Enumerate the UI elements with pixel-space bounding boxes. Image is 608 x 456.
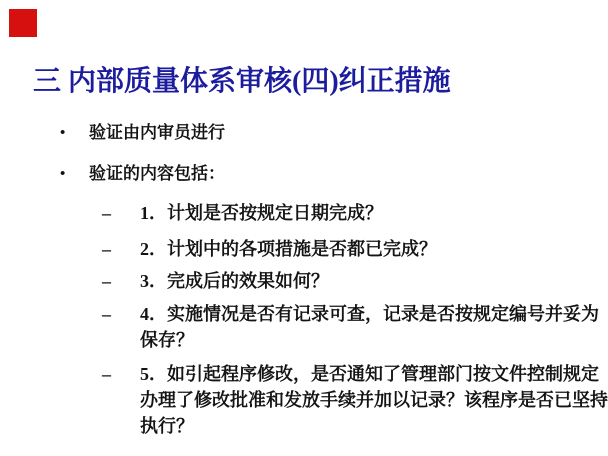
slide-accent-square: [9, 9, 37, 37]
dash-icon: –: [102, 236, 111, 262]
sub-item-line: 1．计划是否按规定日期完成？: [140, 200, 590, 226]
bullet-text: 验证由内审员进行: [89, 120, 225, 146]
sub-item-text: 4．实施情况是否有记录可查，记录是否按规定编号并妥为 保存？: [140, 301, 590, 353]
presentation-slide: 三 内部质量体系审核(四)纠正措施 • 验证由内审员进行 • 验证的内容包括： …: [0, 0, 608, 456]
sub-item-text: 1．计划是否按规定日期完成？: [140, 200, 590, 226]
sub-item-line: 执行？: [140, 413, 590, 439]
slide-title: 三 内部质量体系审核(四)纠正措施: [33, 62, 451, 102]
sub-item-line: 4．实施情况是否有记录可查，记录是否按规定编号并妥为: [140, 301, 590, 327]
dash-icon: –: [102, 301, 111, 327]
sub-item-text: 2．计划中的各项措施是否都已完成？: [140, 236, 590, 262]
dash-icon: –: [102, 361, 111, 387]
bullet-dot-icon: •: [60, 120, 65, 146]
dash-icon: –: [102, 200, 111, 226]
dash-icon: –: [102, 268, 111, 294]
sub-item-line: 办理了修改批准和发放手续并加以记录？该程序是否已坚持: [140, 387, 590, 413]
sub-item-line: 3．完成后的效果如何？: [140, 268, 590, 294]
bullet-dot-icon: •: [60, 161, 65, 187]
sub-item-line: 5．如引起程序修改，是否通知了管理部门按文件控制规定: [140, 361, 590, 387]
bullet-text: 验证的内容包括：: [89, 161, 225, 187]
sub-item-text: 5．如引起程序修改，是否通知了管理部门按文件控制规定 办理了修改批准和发放手续并…: [140, 361, 590, 439]
sub-item-line: 2．计划中的各项措施是否都已完成？: [140, 236, 590, 262]
sub-item-text: 3．完成后的效果如何？: [140, 268, 590, 294]
sub-item-line: 保存？: [140, 327, 590, 353]
